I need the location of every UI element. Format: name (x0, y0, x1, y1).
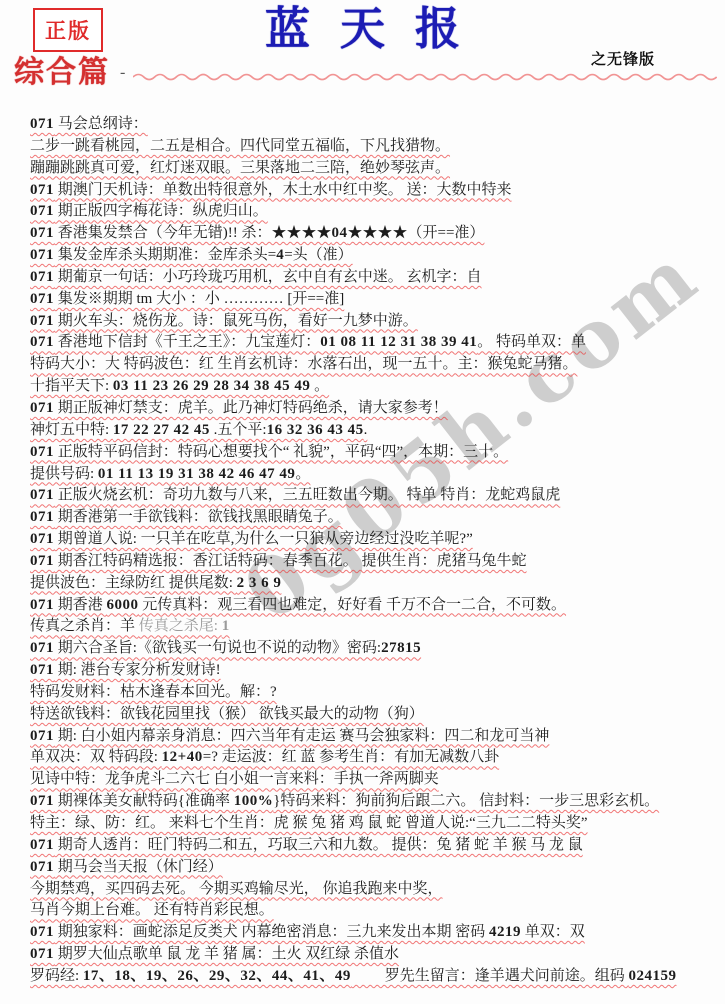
text-segment: 071 马会总纲诗： (30, 116, 148, 132)
text-line: 单双决：双 特码段: 12+40=? 走运波：红 蓝 参考生肖：有加无减数八卦 (30, 747, 715, 769)
text-line: 神灯五中特: 17 22 27 42 45 .五个平:16 32 36 43 4… (30, 420, 715, 442)
text-line: 特码大小：大 特码波色：红 生肖玄机诗：水落石出，现一五十。主：猴兔蛇马猪。 (30, 354, 715, 376)
text-segment: 今期禁鸡，买四码去死。 今期买鸡输尽光， 你追我跑来中奖， (30, 881, 443, 897)
text-line: 071 期正版神灯禁支：虎羊。此乃神灯特码绝杀，请大家参考！ (30, 398, 715, 420)
text-segment: 071 正版特平码信封：特码心想要找个“ 礼貌”，平码“四”，本期：三十。 (30, 444, 508, 460)
text-line: 071 正版特平码信封：特码心想要找个“ 礼貌”，平码“四”，本期：三十。 (30, 442, 715, 464)
text-line: 071 期香港 6000 元传真料：观三看四也难定，好好看 千万不合一二合，不可… (30, 595, 715, 617)
text-segment: 071 期香港第一手欲钱料：欲钱找黑眼睛兔子。 (30, 509, 343, 525)
text-line: 传真之杀肖：羊 传真之杀尾: 1 (30, 616, 715, 638)
text-segment: 071 期裸体美女献特码{准确率 100%}特码来料：狗前狗后跟二六。 信封料：… (30, 793, 659, 809)
text-segment: 071 正版火烧玄机：奇功九数与八来，三五旺数出今期。 特单 特肖：龙蛇鸡鼠虎 (30, 487, 560, 503)
text-segment: 071 期: 港台专家分析发财诗! (30, 662, 221, 678)
text-segment: 十指平天下: 03 11 23 26 29 28 34 38 45 49 。 (30, 378, 329, 394)
text-line: 071 集发金库杀头期期准：金库杀头=4=头（准） (30, 245, 715, 267)
text-segment: 罗码经: 17、18、19、26、29、32、44、41、49 罗先生留言：逢羊… (30, 968, 676, 984)
text-line: 071 期独家料：画蛇添足反类犬 内幕绝密消息：三九来发出本期 密码 4219 … (30, 922, 715, 944)
body-lines: 071 马会总纲诗：二步一跳看桃园，二五是相合。四代同堂五福临，下凡找猎物。蹦蹦… (30, 114, 715, 988)
text-segment: 071 期正版神灯禁支：虎羊。此乃神灯特码绝杀，请大家参考！ (30, 400, 448, 416)
text-line: 071 期: 白小姐内幕亲身消息：四六当年有走运 赛马会独家料：四二和龙可当神 (30, 726, 715, 748)
text-segment: 071 期马会当天报（休门经） (30, 859, 223, 875)
text-segment: 马肖今期上台难。 还有特肖彩民想。 (30, 902, 274, 918)
text-line: 071 香港地下信封《千王之王》：九宝莲灯：01 08 11 12 31 38 … (30, 332, 715, 354)
text-segment: 071 期奇人透肖：旺门特码二和五，巧取三六和九数。 提供：兔 猪 蛇 羊 猴 … (30, 837, 583, 853)
text-line: 071 期正版四字梅花诗：纵虎归山。 (30, 201, 715, 223)
text-line: 蹦蹦跳跳真可爱，红灯迷双眼。三果落地二三陪，绝妙琴弦声。 (30, 158, 715, 180)
text-line: 十指平天下: 03 11 23 26 29 28 34 38 45 49 。 (30, 376, 715, 398)
text-segment: 071 香港集发禁合（今年无错)!! 杀：★★★★04★★★★（开==准） (30, 225, 484, 241)
text-segment: 神灯五中特: 17 22 27 42 45 .五个平:16 32 36 43 4… (30, 422, 367, 438)
text-line: 提供号码: 01 11 13 19 31 38 42 46 47 49。 (30, 464, 715, 486)
text-line: 071 期香江特码精选报：香江话特码：春季百花。 提供生肖：虎猪马兔牛蛇 (30, 551, 715, 573)
red-wavy-divider (133, 70, 717, 84)
text-segment: 071 期曾道人说: 一只羊在吃草,为什么一只狼从旁边经过没吃羊呢?” (30, 531, 473, 547)
section-title: 综合篇 (14, 54, 110, 92)
text-line: 见诗中特：龙争虎斗二六七 白小姐一言来料：手执一斧两脚夹 (30, 769, 715, 791)
text-line: 071 期: 港台专家分析发财诗! (30, 660, 715, 682)
text-line: 071 期香港第一手欲钱料：欲钱找黑眼睛兔子。 (30, 507, 715, 529)
text-segment: 二步一跳看桃园，二五是相合。四代同堂五福临，下凡找猎物。 (30, 138, 450, 154)
text-segment: 特码发财料：枯木逢春本回光。解：? (30, 684, 277, 700)
section-dash: - (120, 64, 125, 82)
text-segment: 071 期正版四字梅花诗：纵虎归山。 (30, 203, 268, 219)
text-segment: 071 集发※期期 tm 大小 ：小 ………… [开==准] (30, 291, 344, 307)
text-segment: 特主：绿、防：红。 来料七个生肖：虎 猴 兔 猪 鸡 鼠 蛇 曾道人说:“三九二… (30, 815, 588, 831)
text-segment: 蹦蹦跳跳真可爱，红灯迷双眼。三果落地二三陪，绝妙琴弦声。 (30, 160, 450, 176)
text-line: 071 期六合圣旨:《欲钱买一句说也不说的动物》密码:27815 (30, 638, 715, 660)
text-line: 071 香港集发禁合（今年无错)!! 杀：★★★★04★★★★（开==准） (30, 223, 715, 245)
text-segment: 071 期香港 6000 元传真料：观三看四也难定，好好看 千万不合一二合，不可… (30, 597, 566, 613)
text-line: 特主：绿、防：红。 来料七个生肖：虎 猴 兔 猪 鸡 鼠 蛇 曾道人说:“三九二… (30, 813, 715, 835)
text-line: 今期禁鸡，买四码去死。 今期买鸡输尽光， 你追我跑来中奖， (30, 879, 715, 901)
text-line: 071 期葡京一句话：小巧玲珑巧用机，玄中自有玄中迷。 玄机字：自 (30, 267, 715, 289)
text-segment: 071 集发金库杀头期期准：金库杀头=4=头（准） (30, 247, 353, 263)
text-line: 二步一跳看桃园，二五是相合。四代同堂五福临，下凡找猎物。 (30, 136, 715, 158)
text-segment: 071 期: 白小姐内幕亲身消息：四六当年有走运 赛马会独家料：四二和龙可当神 (30, 728, 549, 744)
text-segment: 071 期澳门天机诗：单数出特很意外，木土水中红中奖。 送：大数中特来 (30, 182, 512, 198)
text-line: 071 期裸体美女献特码{准确率 100%}特码来料：狗前狗后跟二六。 信封料：… (30, 791, 715, 813)
text-segment: 提供波色：主绿防红 提供尾数: 2 3 6 9 (30, 575, 281, 591)
section-header: 综合篇 - (14, 54, 717, 92)
text-segment: 071 期葡京一句话：小巧玲珑巧用机，玄中自有玄中迷。 玄机字：自 (30, 269, 482, 285)
text-segment: 单双决：双 特码段: 12+40=? 走运波：红 蓝 参考生肖：有加无减数八卦 (30, 749, 499, 765)
text-line: 071 正版火烧玄机：奇功九数与八来，三五旺数出今期。 特单 特肖：龙蛇鸡鼠虎 (30, 485, 715, 507)
text-line: 071 期奇人透肖：旺门特码二和五，巧取三六和九数。 提供：兔 猪 蛇 羊 猴 … (30, 835, 715, 857)
text-segment: 071 期火车头：烧伤龙。诗：鼠死马伤，看好一九梦中游。 (30, 313, 418, 329)
text-segment: 071 期六合圣旨:《欲钱买一句说也不说的动物》密码:27815 (30, 640, 421, 656)
text-line: 071 期马会当天报（休门经） (30, 857, 715, 879)
text-segment: 071 香港地下信封《千王之王》：九宝莲灯：01 08 11 12 31 38 … (30, 334, 586, 350)
newspaper-page: 正版 蓝天报 之无锋版 综合篇 - 0g05h.com 071 马会总纲诗：二步… (0, 0, 725, 1004)
text-line: 071 期澳门天机诗：单数出特很意外，木土水中红中奖。 送：大数中特来 (30, 180, 715, 202)
text-line: 特送欲钱料：欲钱花园里找（猴） 欲钱买最大的动物（狗） (30, 704, 715, 726)
text-line: 071 期曾道人说: 一只羊在吃草,为什么一只狼从旁边经过没吃羊呢?” (30, 529, 715, 551)
text-segment: 传真之杀肖：羊 (30, 618, 139, 634)
text-segment: 071 期罗大仙点歌单 鼠 龙 羊 猪 属：土火 双红绿 杀值水 (30, 946, 399, 962)
text-line: 马肖今期上台难。 还有特肖彩民想。 (30, 900, 715, 922)
text-line: 071 集发※期期 tm 大小 ：小 ………… [开==准] (30, 289, 715, 311)
text-line: 071 马会总纲诗： (30, 114, 715, 136)
text-segment: 提供号码: 01 11 13 19 31 38 42 46 47 49。 (30, 466, 310, 482)
text-line: 罗码经: 17、18、19、26、29、32、44、41、49 罗先生留言：逢羊… (30, 966, 715, 988)
text-segment: 特码大小：大 特码波色：红 生肖玄机诗：水落石出，现一五十。主：猴兔蛇马猪。 (30, 356, 578, 372)
text-line: 特码发财料：枯木逢春本回光。解：? (30, 682, 715, 704)
text-segment: 071 期独家料：画蛇添足反类犬 内幕绝密消息：三九来发出本期 密码 4219 … (30, 924, 585, 940)
text-line: 071 期罗大仙点歌单 鼠 龙 羊 猪 属：土火 双红绿 杀值水 (30, 944, 715, 966)
faded-text-segment: 传真之杀尾: 1 (139, 618, 230, 634)
text-line: 提供波色：主绿防红 提供尾数: 2 3 6 9 (30, 573, 715, 595)
text-segment: 071 期香江特码精选报：香江话特码：春季百花。 提供生肖：虎猪马兔牛蛇 (30, 553, 527, 569)
text-segment: 特送欲钱料：欲钱花园里找（猴） 欲钱买最大的动物（狗） (30, 706, 424, 722)
text-line: 071 期火车头：烧伤龙。诗：鼠死马伤，看好一九梦中游。 (30, 311, 715, 333)
text-segment: 见诗中特：龙争虎斗二六七 白小姐一言来料：手执一斧两脚夹 (30, 771, 439, 787)
